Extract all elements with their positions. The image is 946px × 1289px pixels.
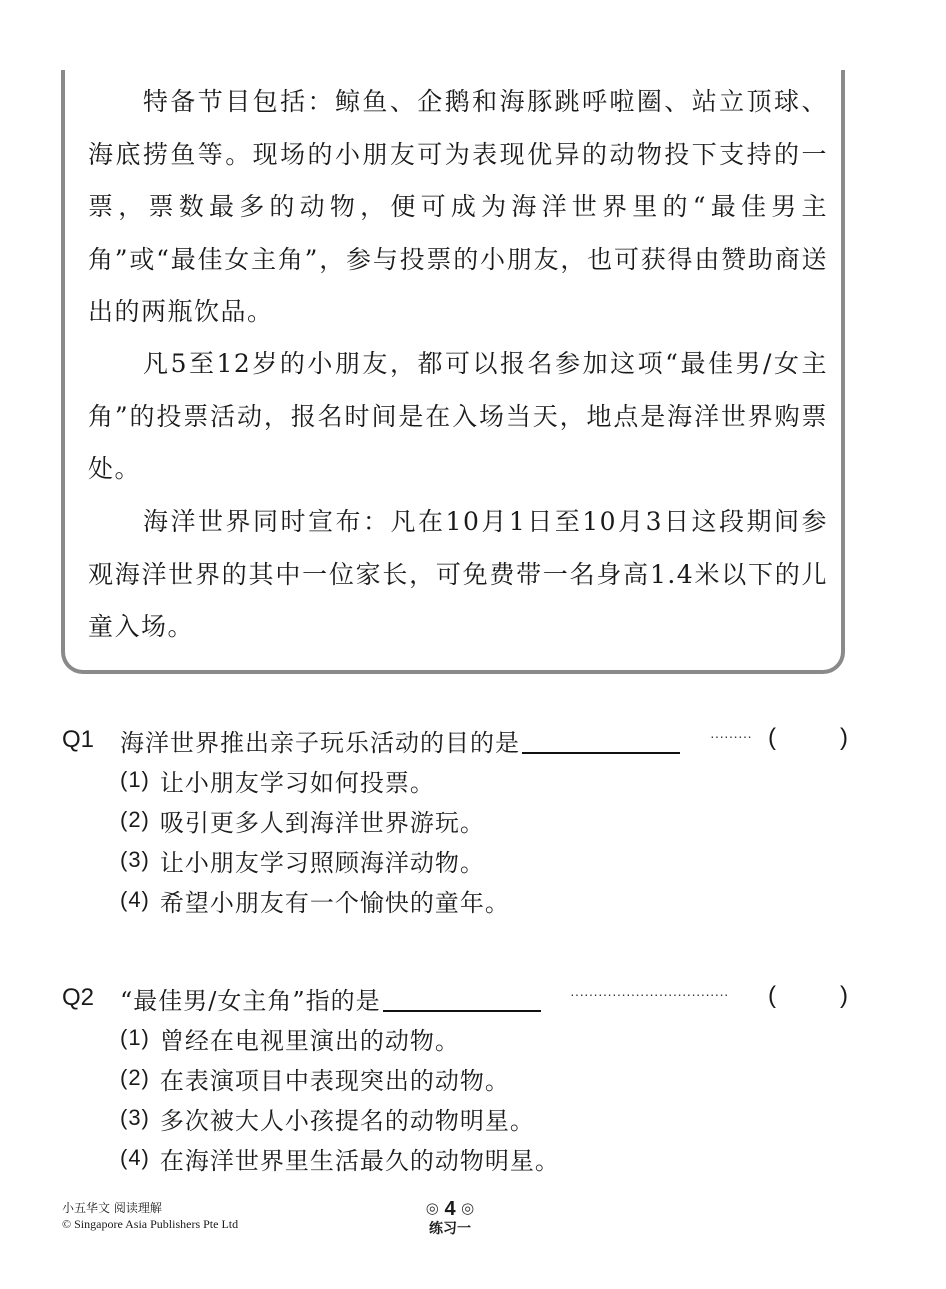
answer-blank xyxy=(383,984,541,1012)
page-number: 4 xyxy=(444,1198,455,1220)
option-number: (3) xyxy=(120,1105,150,1131)
option-text: 在表演项目中表现突出的动物。 xyxy=(160,1061,510,1096)
option-4: (4)希望小朋友有一个愉快的童年。 xyxy=(62,880,852,920)
footer-credits: 小五华文 阅读理解 © Singapore Asia Publishers Pt… xyxy=(62,1200,238,1232)
option-3: (3)多次被大人小孩提名的动物明星。 xyxy=(62,1098,852,1138)
option-text: 让小朋友学习如何投票。 xyxy=(160,763,435,798)
option-number: (2) xyxy=(120,1065,150,1091)
question-text: “最佳男/女主角”指的是 xyxy=(120,981,381,1016)
book-title: 小五华文 阅读理解 xyxy=(62,1200,238,1216)
target-circle-icon: ◎ xyxy=(461,1200,474,1217)
option-number: (2) xyxy=(120,807,150,833)
option-text: 希望小朋友有一个愉快的童年。 xyxy=(160,883,510,918)
answer-blank xyxy=(522,726,680,754)
option-text: 曾经在电视里演出的动物。 xyxy=(160,1021,460,1056)
option-number: (1) xyxy=(120,1025,150,1051)
option-number: (4) xyxy=(120,887,150,913)
option-number: (4) xyxy=(120,1145,150,1171)
question-number: Q1 xyxy=(62,726,120,754)
question-q2: Q2 “最佳男/女主角”指的是 ························… xyxy=(62,978,852,1178)
option-number: (1) xyxy=(120,767,150,793)
question-q1: Q1 海洋世界推出亲子玩乐活动的目的是 ········· ( ) (1)让小朋… xyxy=(62,720,852,920)
option-3: (3)让小朋友学习照顾海洋动物。 xyxy=(62,840,852,880)
answer-bracket-open: ( xyxy=(768,982,776,1010)
answer-bracket-open: ( xyxy=(768,724,776,752)
question-stem: Q1 海洋世界推出亲子玩乐活动的目的是 ········· ( ) xyxy=(62,720,852,760)
option-2: (2)在表演项目中表现突出的动物。 xyxy=(62,1058,852,1098)
page-number-block: ◎ 4 ◎ 练习一 xyxy=(420,1198,480,1238)
option-1: (1)让小朋友学习如何投票。 xyxy=(62,760,852,800)
question-text: 海洋世界推出亲子玩乐活动的目的是 xyxy=(120,723,520,758)
passage-paragraph-3: 海洋世界同时宣布：凡在10月1日至10月3日这段期间参观海洋世界的其中一位家长，… xyxy=(88,496,828,654)
passage-paragraph-1: 特备节目包括：鲸鱼、企鹅和海豚跳呼啦圈、站立顶球、海底捞鱼等。现场的小朋友可为表… xyxy=(88,76,828,339)
option-number: (3) xyxy=(120,847,150,873)
option-text: 在海洋世界里生活最久的动物明星。 xyxy=(160,1141,560,1176)
option-4: (4)在海洋世界里生活最久的动物明星。 xyxy=(62,1138,852,1178)
option-1: (1)曾经在电视里演出的动物。 xyxy=(62,1018,852,1058)
option-text: 多次被大人小孩提名的动物明星。 xyxy=(160,1101,535,1136)
answer-bracket-close: ) xyxy=(840,982,848,1010)
option-text: 吸引更多人到海洋世界游玩。 xyxy=(160,803,485,838)
leader-dots: ········· xyxy=(710,728,752,744)
passage-paragraph-2: 凡5至12岁的小朋友，都可以报名参加这项“最佳男/女主角”的投票活动，报名时间是… xyxy=(88,338,828,496)
answer-bracket-close: ) xyxy=(840,724,848,752)
leader-dots: ·································· xyxy=(570,986,729,1002)
option-text: 让小朋友学习照顾海洋动物。 xyxy=(160,843,485,878)
option-2: (2)吸引更多人到海洋世界游玩。 xyxy=(62,800,852,840)
question-stem: Q2 “最佳男/女主角”指的是 ························… xyxy=(62,978,852,1018)
exercise-label: 练习一 xyxy=(420,1220,480,1238)
copyright-notice: © Singapore Asia Publishers Pte Ltd xyxy=(62,1216,238,1232)
target-circle-icon: ◎ xyxy=(426,1200,439,1217)
question-number: Q2 xyxy=(62,984,120,1012)
